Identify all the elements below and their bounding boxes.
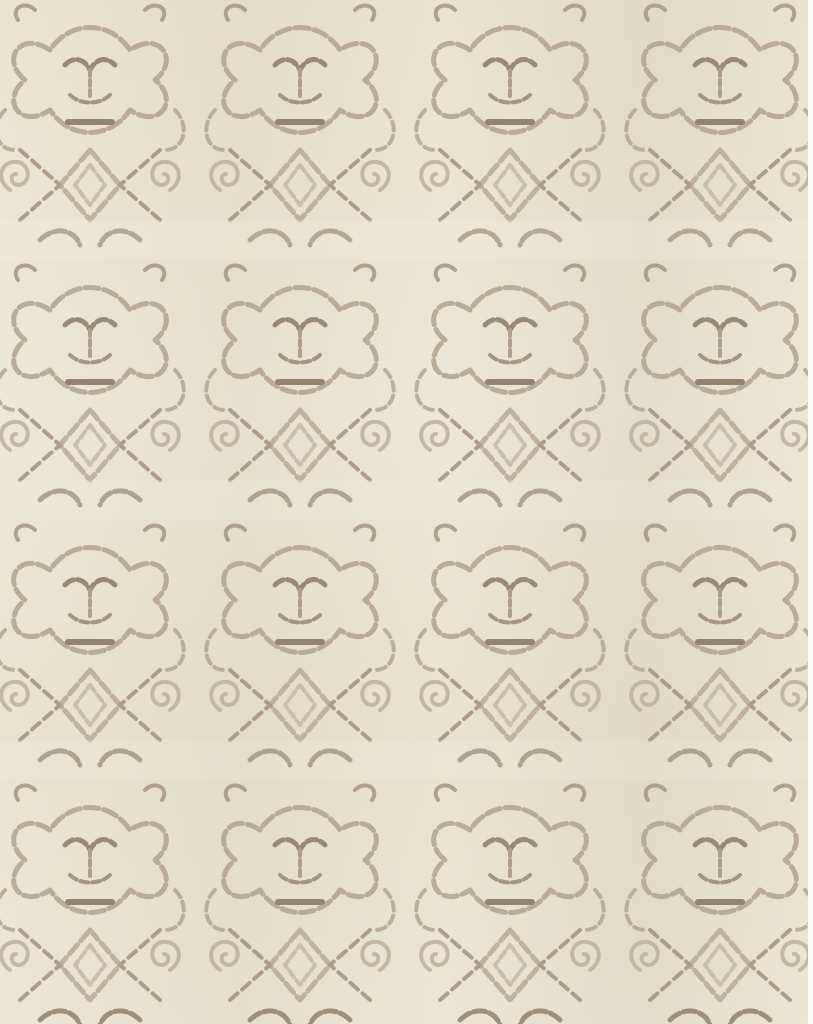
image-margin: [808, 0, 813, 1024]
rug-photo: [0, 0, 808, 1024]
damask-pattern: [0, 0, 808, 1024]
